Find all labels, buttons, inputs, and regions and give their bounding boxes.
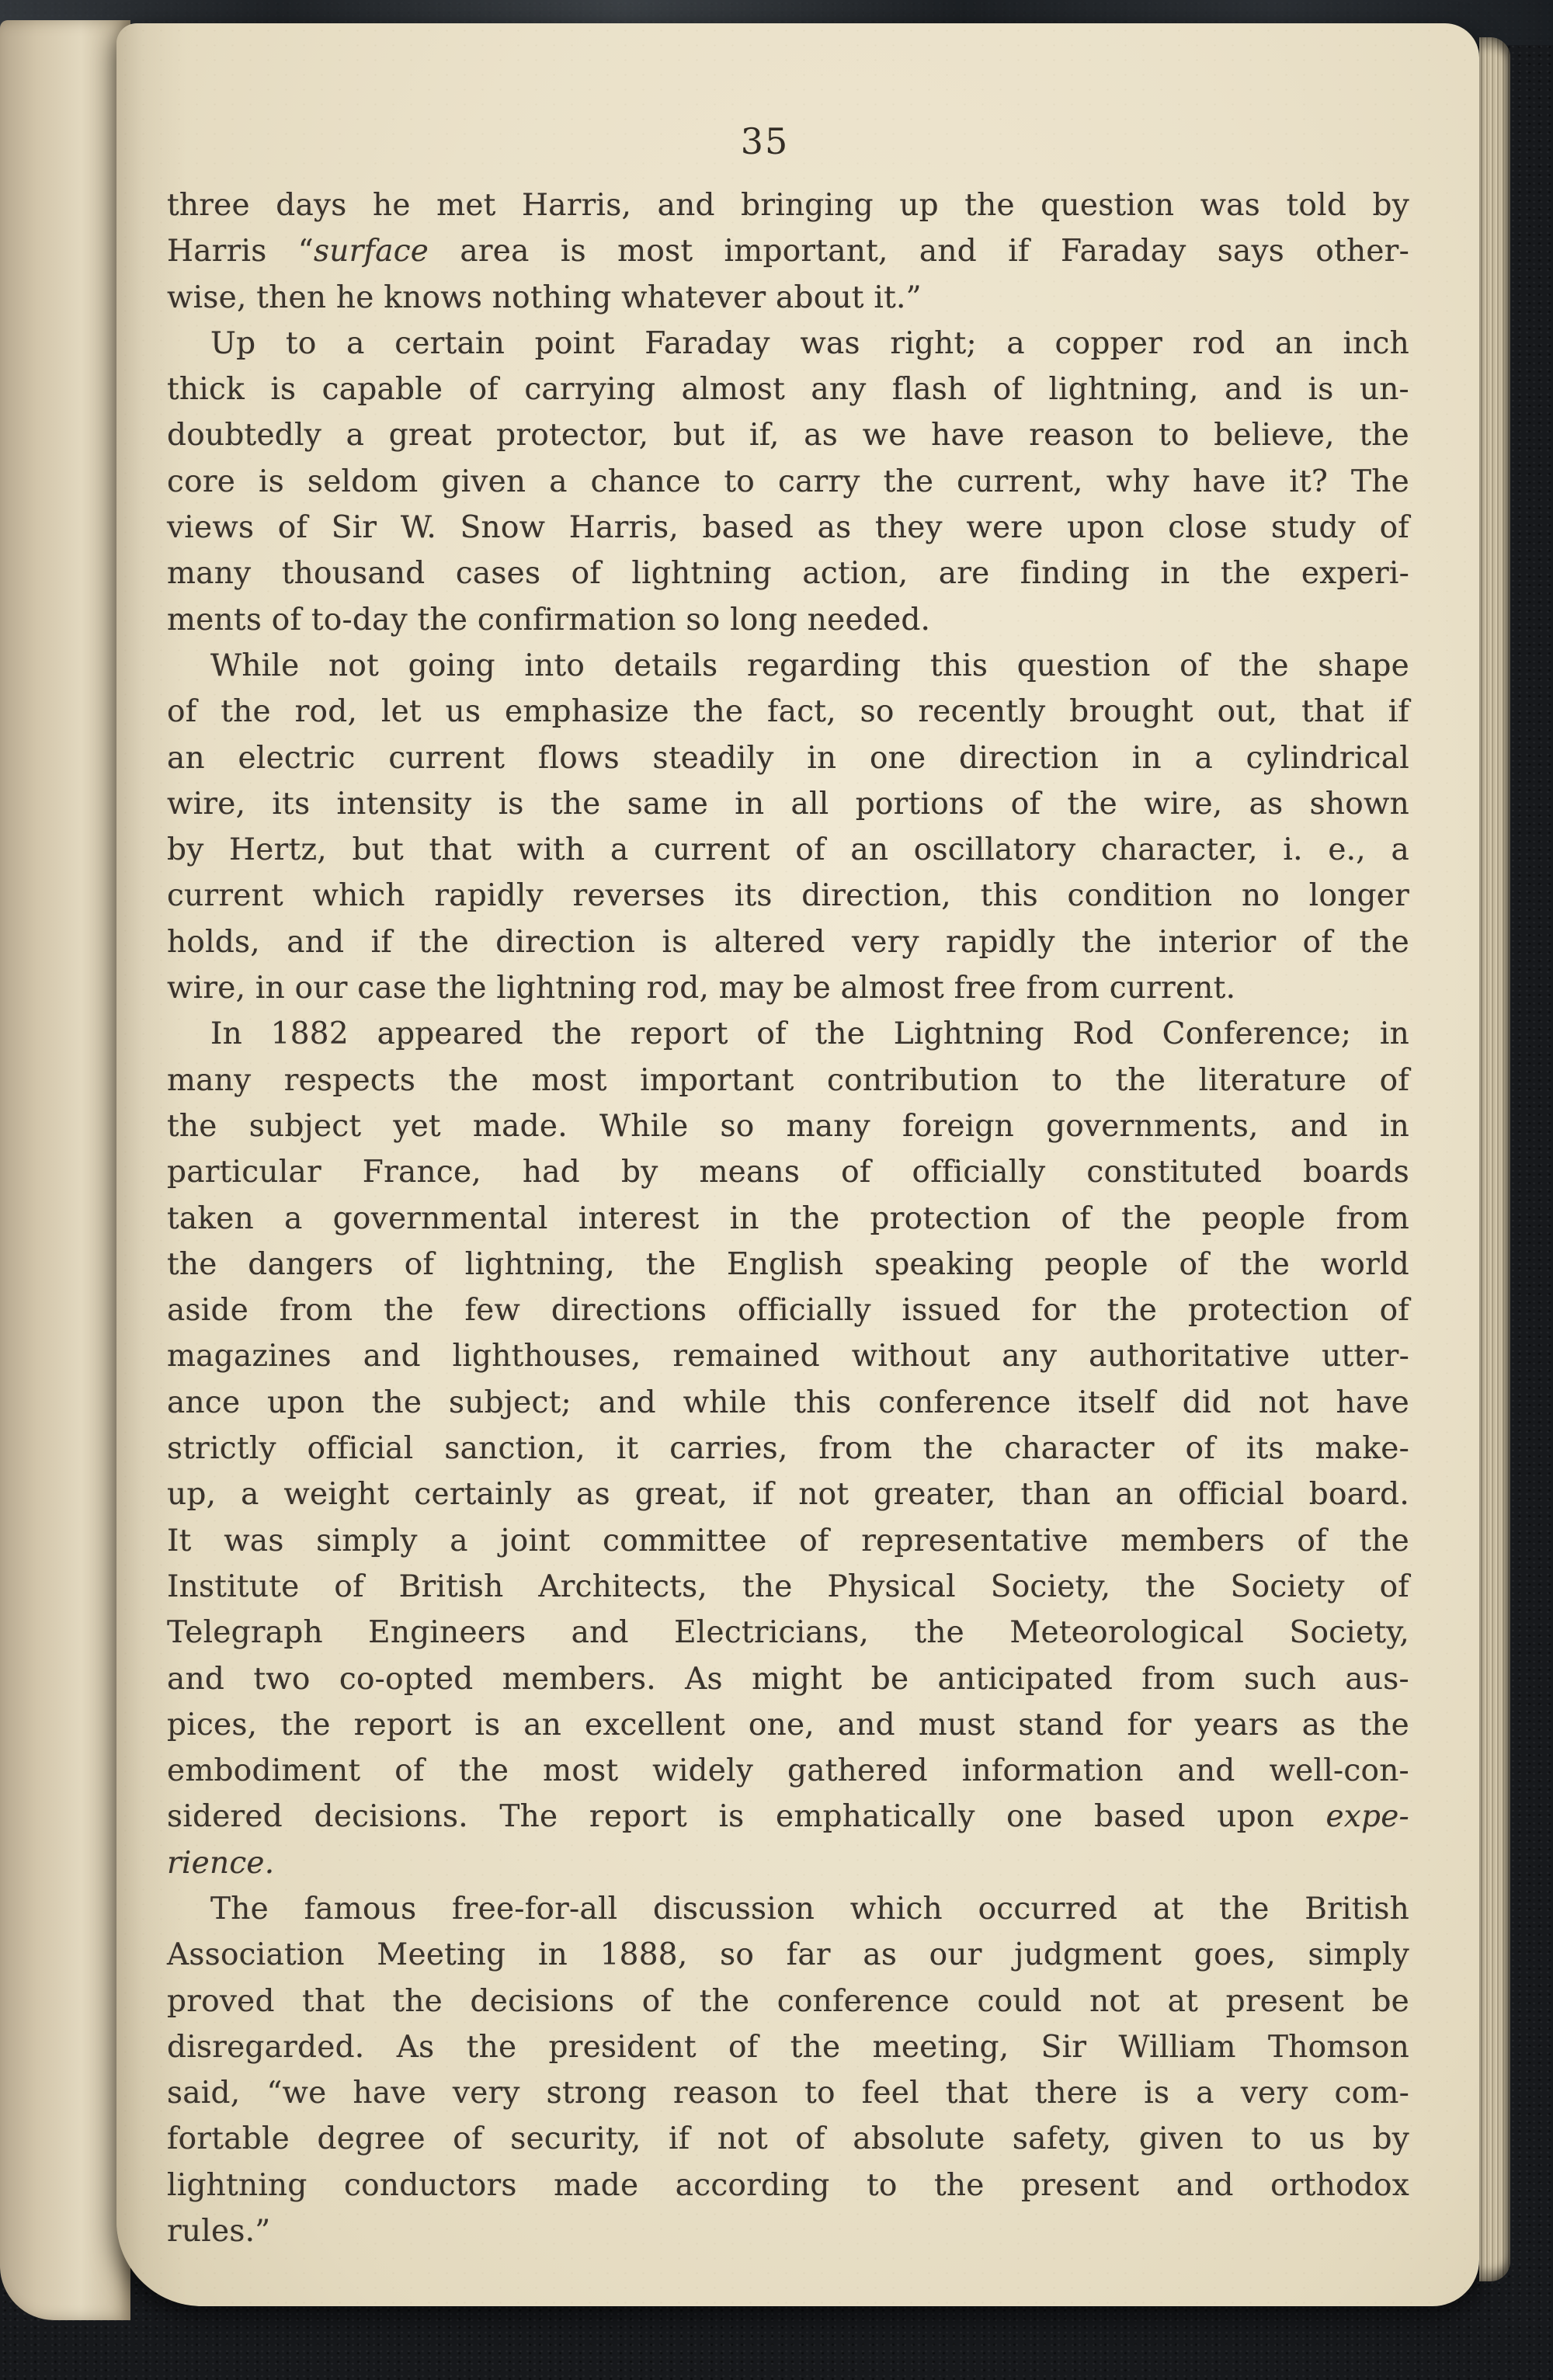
text-line: views of Sir W. Snow Harris, based as th… bbox=[167, 505, 1409, 551]
text-line: the dangers of lightning, the English sp… bbox=[167, 1242, 1409, 1287]
text-segment: and two co-opted members. As might be an… bbox=[167, 1662, 1409, 1697]
text-line: rience. bbox=[167, 1840, 1409, 1886]
text-line: core is seldom given a chance to carry t… bbox=[167, 459, 1409, 505]
text-line: ance upon the subject; and while this co… bbox=[167, 1380, 1409, 1426]
text-line: said, “we have very strong reason to fee… bbox=[167, 2070, 1409, 2116]
italic-text-segment: rience. bbox=[167, 1846, 274, 1881]
text-segment: Association Meeting in 1888, so far as o… bbox=[167, 1937, 1409, 1972]
text-line: particular France, had by means of offic… bbox=[167, 1149, 1409, 1195]
text-segment: Up to a certain point Faraday was right;… bbox=[210, 326, 1409, 361]
text-segment: rules.” bbox=[167, 2214, 270, 2249]
text-line: In 1882 appeared the report of the Light… bbox=[167, 1011, 1409, 1057]
text-segment: lightning conductors made according to t… bbox=[167, 2168, 1409, 2203]
text-line: wire, in our case the lightning rod, may… bbox=[167, 965, 1409, 1011]
text-segment: The famous free-for-all discussion which… bbox=[210, 1892, 1409, 1927]
text-line: Up to a certain point Faraday was right;… bbox=[167, 321, 1409, 367]
text-segment: aside from the few directions officially… bbox=[167, 1293, 1409, 1328]
text-line: Telegraph Engineers and Electricians, th… bbox=[167, 1610, 1409, 1656]
text-line: Harris “surface area is most important, … bbox=[167, 228, 1409, 274]
text-line: the subject yet made. While so many fore… bbox=[167, 1103, 1409, 1149]
text-segment: many thousand cases of lightning action,… bbox=[167, 556, 1409, 591]
text-line: fortable degree of security, if not of a… bbox=[167, 2116, 1409, 2162]
book-photo: { "page": { "number": "35" }, "colors": … bbox=[0, 0, 1553, 2380]
text-segment: by Hertz, but that with a current of an … bbox=[167, 832, 1409, 867]
text-line: disregarded. As the president of the mee… bbox=[167, 2024, 1409, 2070]
text-segment: While not going into details regarding t… bbox=[210, 648, 1409, 683]
text-segment: fortable degree of security, if not of a… bbox=[167, 2121, 1409, 2156]
italic-text-segment: surface bbox=[314, 234, 429, 269]
text-segment: views of Sir W. Snow Harris, based as th… bbox=[167, 510, 1409, 545]
text-line: wire, its intensity is the same in all p… bbox=[167, 781, 1409, 827]
text-segment: the subject yet made. While so many fore… bbox=[167, 1109, 1409, 1144]
text-line: pices, the report is an excellent one, a… bbox=[167, 1702, 1409, 1748]
text-segment: thick is capable of carrying almost any … bbox=[167, 372, 1409, 407]
text-line: Institute of British Architects, the Phy… bbox=[167, 1564, 1409, 1610]
text-segment: strictly official sanction, it carries, … bbox=[167, 1431, 1409, 1466]
text-line: current which rapidly reverses its direc… bbox=[167, 873, 1409, 919]
text-segment: It was simply a joint committee of repre… bbox=[167, 1524, 1409, 1558]
text-line: strictly official sanction, it carries, … bbox=[167, 1426, 1409, 1471]
text-segment: the dangers of lightning, the English sp… bbox=[167, 1247, 1409, 1282]
text-segment: wise, then he knows nothing whatever abo… bbox=[167, 280, 922, 315]
book-page: 35 three days he met Harris, and bringin… bbox=[116, 23, 1479, 2306]
text-line: holds, and if the direction is altered v… bbox=[167, 919, 1409, 965]
text-line: The famous free-for-all discussion which… bbox=[167, 1886, 1409, 1932]
text-segment: wire, its intensity is the same in all p… bbox=[167, 787, 1409, 822]
text-line: many respects the most important contrib… bbox=[167, 1058, 1409, 1103]
text-line: While not going into details regarding t… bbox=[167, 643, 1409, 689]
page-text: three days he met Harris, and bringing u… bbox=[167, 182, 1409, 2254]
text-line: many thousand cases of lightning action,… bbox=[167, 551, 1409, 596]
text-line: by Hertz, but that with a current of an … bbox=[167, 827, 1409, 873]
page-block-edge bbox=[1479, 37, 1510, 2281]
text-segment: many respects the most important contrib… bbox=[167, 1063, 1409, 1098]
text-line: of the rod, let us emphasize the fact, s… bbox=[167, 689, 1409, 735]
text-line: It was simply a joint committee of repre… bbox=[167, 1518, 1409, 1564]
text-line: embodiment of the most widely gathered i… bbox=[167, 1748, 1409, 1794]
text-segment: sidered decisions. The report is emphati… bbox=[167, 1799, 1325, 1834]
text-line: thick is capable of carrying almost any … bbox=[167, 367, 1409, 412]
text-segment: an electric current flows steadily in on… bbox=[167, 741, 1409, 776]
text-segment: Telegraph Engineers and Electricians, th… bbox=[167, 1615, 1409, 1650]
text-line: magazines and lighthouses, remained with… bbox=[167, 1333, 1409, 1379]
text-line: three days he met Harris, and bringing u… bbox=[167, 182, 1409, 228]
text-segment: current which rapidly reverses its direc… bbox=[167, 878, 1409, 913]
previous-page-edge bbox=[0, 20, 130, 2320]
text-segment: disregarded. As the president of the mee… bbox=[167, 2030, 1409, 2065]
text-line: wise, then he knows nothing whatever abo… bbox=[167, 275, 1409, 321]
text-segment: pices, the report is an excellent one, a… bbox=[167, 1708, 1409, 1742]
text-segment: said, “we have very strong reason to fee… bbox=[167, 2076, 1409, 2111]
text-segment: particular France, had by means of offic… bbox=[167, 1155, 1409, 1190]
text-line: ments of to-day the confirmation so long… bbox=[167, 597, 1409, 643]
page-number: 35 bbox=[116, 120, 1413, 162]
text-line: aside from the few directions officially… bbox=[167, 1287, 1409, 1333]
text-segment: magazines and lighthouses, remained with… bbox=[167, 1339, 1409, 1374]
text-segment: ance upon the subject; and while this co… bbox=[167, 1385, 1409, 1420]
italic-text-segment: expe- bbox=[1325, 1799, 1409, 1834]
text-line: doubtedly a great protector, but if, as … bbox=[167, 412, 1409, 458]
text-line: taken a governmental interest in the pro… bbox=[167, 1196, 1409, 1242]
text-segment: core is seldom given a chance to carry t… bbox=[167, 464, 1409, 499]
text-line: rules.” bbox=[167, 2208, 1409, 2254]
text-segment: ments of to-day the confirmation so long… bbox=[167, 603, 930, 638]
text-line: proved that the decisions of the confere… bbox=[167, 1979, 1409, 2024]
text-segment: taken a governmental interest in the pro… bbox=[167, 1201, 1409, 1236]
text-line: lightning conductors made according to t… bbox=[167, 2163, 1409, 2208]
text-segment: proved that the decisions of the confere… bbox=[167, 1984, 1409, 2019]
text-segment: doubtedly a great protector, but if, as … bbox=[167, 418, 1409, 453]
text-segment: Institute of British Architects, the Phy… bbox=[167, 1569, 1409, 1604]
text-segment: embodiment of the most widely gathered i… bbox=[167, 1753, 1409, 1788]
text-segment: In 1882 appeared the report of the Light… bbox=[210, 1016, 1409, 1051]
text-segment: Harris “ bbox=[167, 234, 314, 269]
text-segment: up, a weight certainly as great, if not … bbox=[167, 1477, 1409, 1512]
text-segment: three days he met Harris, and bringing u… bbox=[167, 188, 1409, 223]
text-line: an electric current flows steadily in on… bbox=[167, 735, 1409, 781]
text-line: and two co-opted members. As might be an… bbox=[167, 1656, 1409, 1702]
text-line: sidered decisions. The report is emphati… bbox=[167, 1794, 1409, 1840]
text-segment: area is most important, and if Faraday s… bbox=[429, 234, 1409, 269]
text-segment: wire, in our case the lightning rod, may… bbox=[167, 971, 1235, 1006]
text-line: Association Meeting in 1888, so far as o… bbox=[167, 1932, 1409, 1978]
text-line: up, a weight certainly as great, if not … bbox=[167, 1471, 1409, 1517]
text-segment: holds, and if the direction is altered v… bbox=[167, 925, 1409, 960]
text-segment: of the rod, let us emphasize the fact, s… bbox=[167, 694, 1409, 729]
